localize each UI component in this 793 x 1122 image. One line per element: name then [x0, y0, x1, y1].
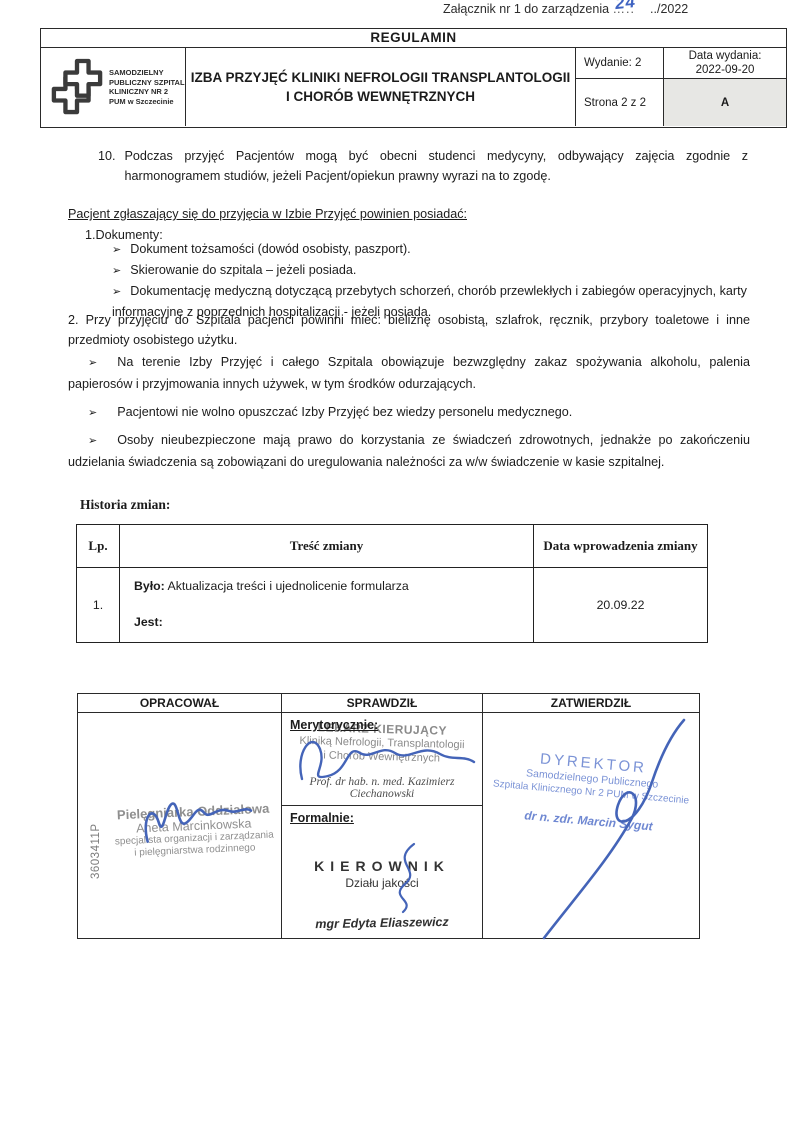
opracowal-cell: 3603411P Pielęgniarka Oddziałowa Aneta M… — [78, 713, 282, 938]
stamp-number-vertical: 3603411P — [90, 801, 102, 879]
paragraph-text: Podczas przyjęć Pacjentów mogą być obecn… — [125, 146, 748, 186]
history-row-change: Było: Aktualizacja treści i ujednoliceni… — [120, 568, 534, 642]
col-zatwierdzil-header: ZATWIERDZIŁ — [483, 694, 699, 713]
header-table: REGULAMIN SAMODZIELNY PUBLICZNY SZPITAL … — [40, 28, 787, 128]
handwritten-number: 24 — [614, 0, 637, 14]
arrow-bullet-icon: ➢ — [88, 407, 97, 419]
arrow-bullet-icon: ➢ — [112, 265, 121, 277]
issue-date-cell: Data wydania: 2022-09-20 — [664, 48, 786, 79]
scanned-regulation-page: Załącznik nr 1 do zarządzenia …..24 ../2… — [0, 0, 793, 1122]
attachment-prefix: Załącznik nr 1 do zarządzenia — [443, 2, 609, 16]
document-bullet: ➢Skierowanie do szpitala – jeżeli posiad… — [112, 261, 752, 282]
hospital-cross-logo-icon — [51, 58, 103, 116]
bylo-text: Aktualizacja treści i ujednolicenie form… — [165, 579, 409, 593]
arrow-bullet-icon: ➢ — [112, 244, 121, 256]
rule-bullet: ➢Na terenie Izby Przyjęć i całego Szpita… — [68, 352, 750, 395]
edition-cell: Wydanie: 2 — [576, 48, 664, 79]
signature-table: OPRACOWAŁ SPRAWDZIŁ ZATWIERDZIŁ 3603411P… — [77, 693, 700, 939]
jest-label: Jest: — [134, 614, 519, 630]
attachment-line: Załącznik nr 1 do zarządzenia …..24 ../2… — [443, 2, 688, 16]
dyrektor-stamp: DYREKTOR Samodzielnego Publicznego Szpit… — [480, 748, 701, 838]
section-heading: Pacjent zgłaszający się do przyjęcia w I… — [68, 204, 467, 224]
hospital-name: SAMODZIELNY PUBLICZNY SZPITAL KLINICZNY … — [109, 68, 185, 106]
attachment-dots: …..24 — [613, 2, 647, 16]
formalnie-cell: Formalnie: KIEROWNIK Działu jakości mgr … — [282, 806, 483, 938]
col-sprawdzil-header: SPRAWDZIŁ — [282, 694, 483, 713]
history-row-lp: 1. — [77, 568, 120, 642]
col-opracowal-header: OPRACOWAŁ — [78, 694, 282, 713]
attachment-suffix: ../2022 — [650, 2, 688, 16]
hospital-logo-cell: SAMODZIELNY PUBLICZNY SZPITAL KLINICZNY … — [41, 48, 186, 126]
history-table: Lp. Treść zmiany Data wprowadzenia zmian… — [76, 524, 708, 643]
history-row-date: 20.09.22 — [534, 568, 707, 642]
professor-name: Prof. dr hab. n. med. Kazimierz Ciechano… — [282, 776, 482, 800]
history-col-date: Data wprowadzenia zmiany — [534, 525, 707, 568]
arrow-bullet-icon: ➢ — [88, 435, 97, 447]
document-title: IZBA PRZYJĘĆ KLINIKI NEFROLOGII TRANSPLA… — [186, 48, 576, 126]
revision-cell: A — [664, 79, 786, 126]
rule-bullet: ➢Pacjentowi nie wolno opuszczać Izby Prz… — [68, 402, 750, 424]
paragraph-number: 10. — [98, 146, 116, 186]
history-col-lp: Lp. — [77, 525, 120, 568]
history-heading: Historia zmian: — [80, 497, 170, 513]
paragraph-10: 10. Podczas przyjęć Pacjentów mogą być o… — [98, 146, 748, 186]
document-bullet: ➢Dokument tożsamości (dowód osobisty, pa… — [112, 240, 752, 261]
nurse-stamp: Pielęgniarka Oddziałowa Aneta Marcinkows… — [109, 801, 279, 860]
kierownik-stamp: KIEROWNIK Działu jakości mgr Edyta Elias… — [282, 858, 482, 930]
merytorycznie-cell: Merytorycznie: LEKARZ KIERUJĄCY Kliniką … — [282, 713, 483, 806]
formalnie-label: Formalnie: — [290, 811, 354, 825]
rule-bullet: ➢Osoby nieubezpieczone mają prawo do kor… — [68, 430, 750, 473]
paragraph-2: 2. Przy przyjęciu do Szpitala pacjenci p… — [68, 310, 750, 350]
bylo-label: Było: — [134, 579, 165, 593]
arrow-bullet-icon: ➢ — [112, 286, 121, 298]
page-number-cell: Strona 2 z 2 — [576, 79, 664, 126]
history-col-tresc: Treść zmiany — [120, 525, 534, 568]
arrow-bullet-icon: ➢ — [88, 357, 97, 369]
director-name: dr n. zdr. Marcin Sygut — [480, 806, 696, 838]
regulamin-title: REGULAMIN — [41, 29, 786, 48]
merytorycznie-label: Merytorycznie: — [290, 718, 378, 732]
zatwierdzil-cell: DYREKTOR Samodzielnego Publicznego Szpit… — [483, 713, 699, 938]
